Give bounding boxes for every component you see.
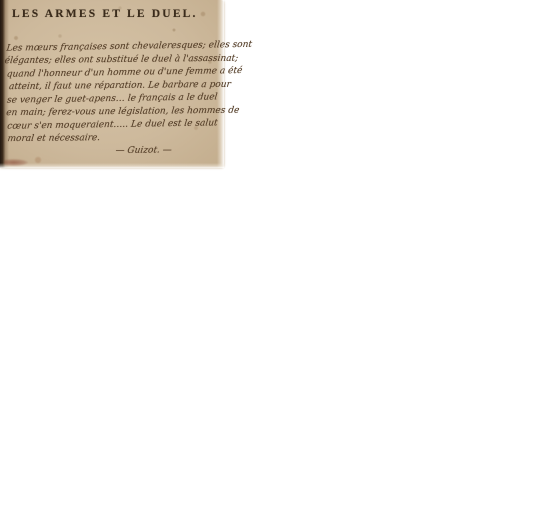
page-title: LES ARMES ET LE DUEL. bbox=[12, 8, 180, 20]
page-background: LES ARMES ET LE DUEL. Les mœurs français… bbox=[0, 0, 540, 505]
paper-bottom-edge bbox=[0, 163, 224, 168]
manuscript-signature: — Guizot. — bbox=[7, 144, 221, 159]
scanned-page: LES ARMES ET LE DUEL. Les mœurs français… bbox=[0, 0, 224, 168]
ink-smudge bbox=[4, 159, 28, 166]
handwritten-note: Les mœurs françaises sont chevaleresques… bbox=[6, 40, 219, 159]
